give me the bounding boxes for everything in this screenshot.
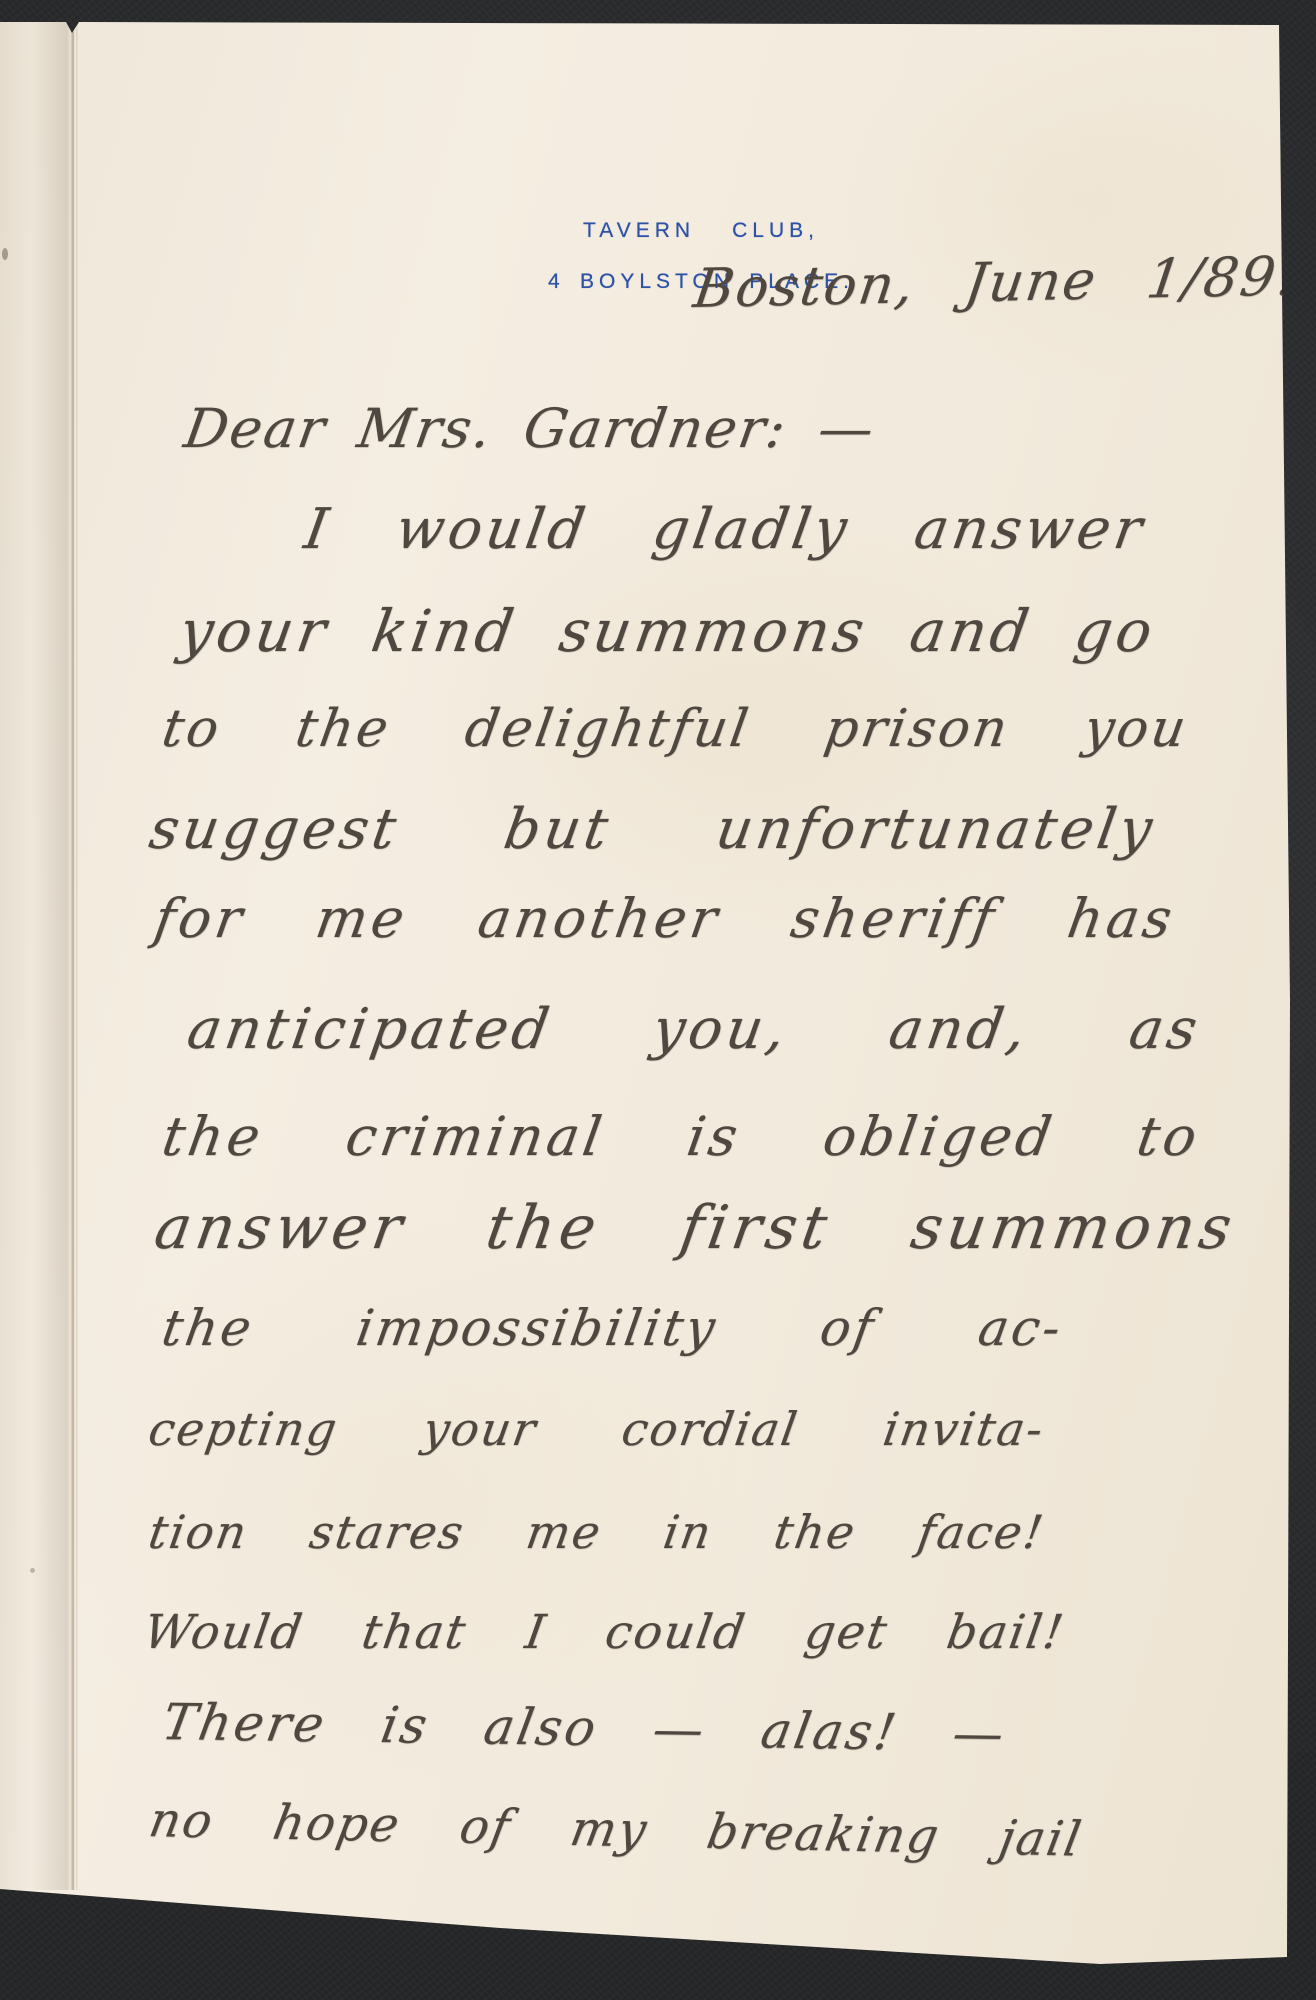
body-line: the criminal is obliged to xyxy=(158,1106,1205,1168)
salutation: Dear Mrs. Gardner: — xyxy=(180,398,880,460)
letter-page: TAVERN CLUB, 4 BOYLSTON PLACE. Boston, J… xyxy=(0,0,1316,2000)
letterhead-club-name: TAVERN CLUB, xyxy=(583,219,819,243)
body-line: cepting your cordial invita- xyxy=(145,1403,1048,1456)
scan-background: TAVERN CLUB, 4 BOYLSTON PLACE. Boston, J… xyxy=(0,0,1316,2000)
body-line: for me another sheriff has xyxy=(150,888,1180,950)
body-line: the impossibility of ac- xyxy=(158,1300,1067,1358)
paper-speck xyxy=(2,248,8,260)
body-line: tion stares me in the face! xyxy=(145,1506,1048,1559)
body-line: Would that I could get bail! xyxy=(140,1606,1069,1660)
date-line: Boston, June 1/89. xyxy=(690,245,1300,320)
fold-crease xyxy=(70,22,78,1890)
folded-page-edge xyxy=(0,22,70,1890)
body-line: anticipated you, and, as xyxy=(183,998,1205,1062)
body-line: to the delightful prison you xyxy=(158,700,1192,760)
body-line: no hope of my breaking jail xyxy=(145,1793,1087,1868)
body-line: I would gladly answer xyxy=(300,498,1150,562)
body-line: There is also — alas! — xyxy=(158,1694,1011,1763)
body-line: suggest but unfortunately xyxy=(145,798,1160,862)
body-line: answer the first summons xyxy=(150,1194,1241,1263)
paper-speck xyxy=(30,1568,35,1573)
body-line: your kind summons and go xyxy=(175,598,1161,665)
